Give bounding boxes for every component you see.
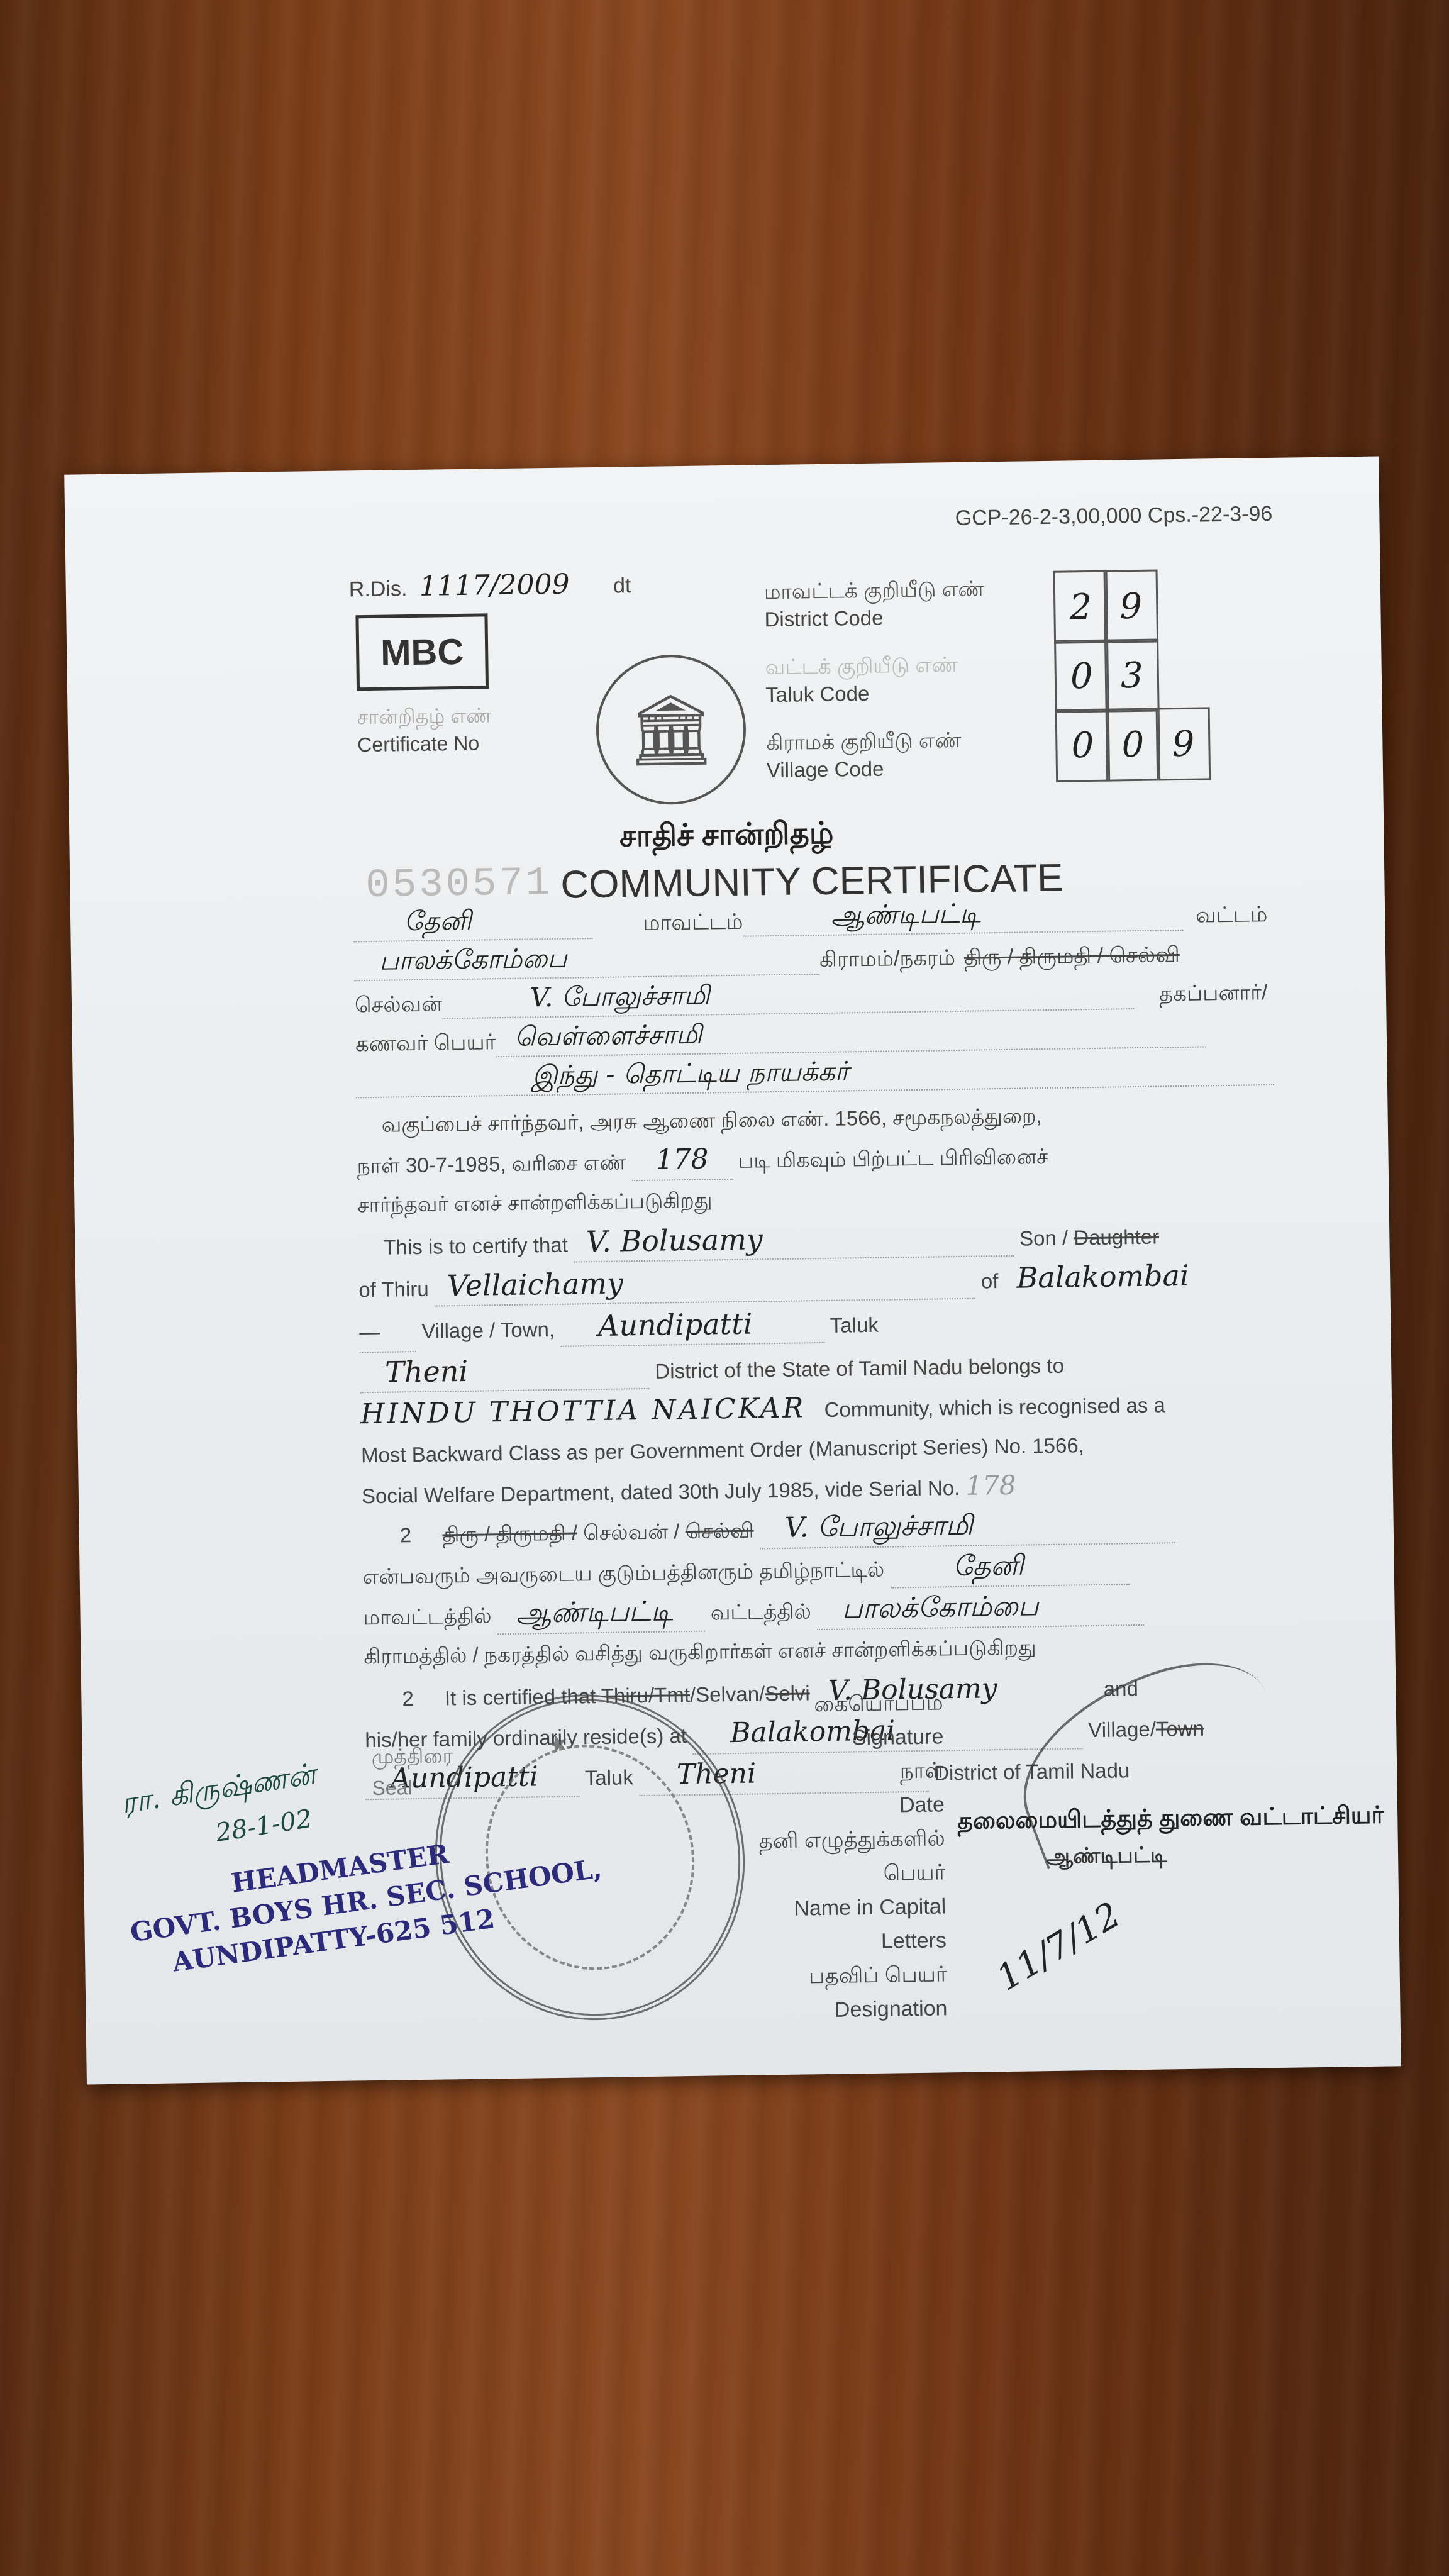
village-code-label-ta: கிராமக் குறியீடு எண் bbox=[766, 726, 987, 757]
code-labels: மாவட்டக் குறியீடு எண் District Code வட்ட… bbox=[764, 575, 987, 804]
officer-stamp-place: ஆண்டிபட்டி bbox=[1046, 1843, 1167, 1872]
officer-stamp-name: தலைமையிடத்துத் துணை வட்டாட்சியர் bbox=[957, 1802, 1384, 1838]
date-label-ta: நாள் bbox=[743, 1753, 945, 1790]
ta2-village-value: பாலக்கோம்பை bbox=[817, 1585, 1145, 1630]
district-code-digit: 2 bbox=[1053, 570, 1109, 644]
district-code-label-ta: மாவட்டக் குறியீடு எண் bbox=[764, 575, 985, 606]
ta-village-label: கிராமம்/நகரம் bbox=[819, 946, 955, 975]
ta2-taluk-value: ஆண்டிபட்டி bbox=[497, 1592, 705, 1635]
en-dept-prefix: Social Welfare Department, dated 30th Ju… bbox=[362, 1476, 960, 1507]
form-code: GCP-26-2-3,00,000 Cps.-22-3-96 bbox=[955, 502, 1272, 531]
name-label: Name in Capital Letters bbox=[745, 1889, 947, 1960]
en-of-thiru-label: of Thiru bbox=[358, 1277, 429, 1302]
tamil-nadu-emblem-icon: 🏛 bbox=[595, 654, 747, 806]
certificate-no: சான்றிதழ் எண் Certificate No bbox=[357, 701, 492, 758]
district-code-label: District Code bbox=[764, 602, 985, 633]
certificate-no-label-ta: சான்றிதழ் எண் bbox=[357, 701, 492, 731]
village-code-label: Village Code bbox=[767, 753, 987, 784]
ta2-district-label: மாவட்டத்தில் bbox=[363, 1604, 491, 1629]
designation-label-ta: பதவிப் பெயர் bbox=[745, 1957, 947, 1994]
ta2-number: 2 bbox=[400, 1523, 412, 1546]
designation-label: Designation bbox=[746, 1991, 948, 2028]
ta2-selvan: செல்வன் / bbox=[583, 1519, 680, 1544]
ta-paragraph-2: 2 திரு / திருமதி / செல்வன் / செல்வி V. ப… bbox=[362, 1502, 1294, 1677]
en-taluk-label: Taluk bbox=[830, 1313, 879, 1337]
r-dis-reference: R.Dis. 1117/2009 dt bbox=[348, 567, 631, 603]
ta-district-value: தேனி bbox=[353, 903, 593, 942]
en-village-value: Balakombai bbox=[1016, 1258, 1189, 1295]
district-code-digit: 9 bbox=[1104, 569, 1159, 643]
headmaster-date: 28-1-02 bbox=[214, 1804, 314, 1848]
en-village-town-label: Village / Town, bbox=[421, 1318, 555, 1343]
community-certificate-paper: GCP-26-2-3,00,000 Cps.-22-3-96 R.Dis. 11… bbox=[64, 457, 1401, 2085]
en-daughter-struck: Daughter bbox=[1074, 1225, 1159, 1250]
village-code-digit: 9 bbox=[1156, 707, 1211, 780]
taluk-code-digit: 0 bbox=[1054, 640, 1109, 713]
taluk-code-digit: 3 bbox=[1104, 638, 1160, 712]
en-serial-value: 178 bbox=[965, 1470, 1016, 1501]
date-label: Date bbox=[743, 1787, 945, 1824]
ta2-name-value: V. போலுச்சாமி bbox=[759, 1503, 1175, 1549]
ta-paragraph-1: வகுப்பைச் சார்ந்தவர், அரசு ஆணை நிலை எண்.… bbox=[356, 1093, 1288, 1225]
en-father-value: Vellaichamy bbox=[434, 1259, 975, 1307]
en-name-value: V. Bolusamy bbox=[574, 1216, 1014, 1263]
en2-number: 2 bbox=[402, 1687, 414, 1710]
ta-taluk-label: வட்டம் bbox=[1196, 902, 1268, 931]
ta-guardian-label: கணவர் பெயர் bbox=[355, 1030, 496, 1059]
en-taluk-value: Aundipatti bbox=[560, 1303, 825, 1347]
en-district-value: Theni bbox=[360, 1349, 650, 1393]
ta-selvan-label: செல்வன் bbox=[355, 992, 443, 1020]
name-label-ta: தனி எழுத்துக்களில் பெயர் bbox=[743, 1821, 945, 1892]
ta2-line2-text: என்பவரும் அவருடைய குடும்பத்தினரும் தமிழ்… bbox=[362, 1558, 884, 1589]
countersign-date: 11/7/12 bbox=[990, 1894, 1128, 1999]
r-dis-value: 1117/2009 bbox=[419, 569, 569, 602]
taluk-code-label-ta: வட்டக் குறியீடு எண் bbox=[765, 650, 985, 681]
ta-para1-line2-suffix: படி மிகவும் பிற்பட்ட பிரிவினைச் bbox=[738, 1145, 1048, 1172]
en-community-value: HINDU THOTTIA NAICKAR bbox=[360, 1392, 806, 1430]
en-of-label: of bbox=[981, 1269, 999, 1292]
en-district-text: District of the State of Tamil Nadu belo… bbox=[655, 1354, 1064, 1383]
ta-village-value: பாலக்கோம்பை bbox=[354, 939, 820, 981]
ta-district-label: மாவட்டம் bbox=[643, 910, 743, 938]
ta-taluk-value: ஆண்டிபட்டி bbox=[743, 895, 1184, 937]
ta2-selvi-struck: செல்வி bbox=[685, 1519, 753, 1543]
ta-para1-line2-prefix: நாள் 30-7-1985, வரிசை எண் bbox=[357, 1150, 626, 1177]
category-box: MBC bbox=[355, 613, 489, 691]
certificate-no-label: Certificate No bbox=[357, 729, 492, 758]
en-certify-prefix: This is to certify that bbox=[383, 1233, 568, 1259]
r-dis-label: R.Dis. bbox=[349, 577, 408, 601]
signature-label: Signature bbox=[742, 1719, 944, 1756]
ta-serial-value: 178 bbox=[631, 1140, 733, 1181]
signature-labels: கையொப்பம் Signature நாள் Date தனி எழுத்த… bbox=[741, 1685, 948, 2028]
signature-label-ta: கையொப்பம் bbox=[741, 1685, 943, 1722]
ta2-honorific-struck: திரு / திருமதி / bbox=[442, 1521, 577, 1546]
en-community-text: Community, which is recognised as a bbox=[824, 1393, 1165, 1421]
ta-father-label: தகப்பனார்/ bbox=[1159, 980, 1268, 1009]
en-son-label: Son / bbox=[1019, 1226, 1069, 1250]
village-code-digit: 0 bbox=[1055, 709, 1111, 782]
ta2-district-value: தேனி bbox=[890, 1545, 1130, 1588]
village-code-digit: 0 bbox=[1106, 708, 1161, 781]
title-tamil: சாதிச் சான்றிதழ் bbox=[69, 808, 1384, 865]
ta-honorific-struck: திரு / திருமதி / செல்வி bbox=[964, 943, 1180, 973]
taluk-code-label: Taluk Code bbox=[765, 678, 986, 709]
en-paragraph-1: This is to certify that V. Bolusamy Son … bbox=[358, 1213, 1292, 1516]
ta2-taluk-label: வட்டத்தில் bbox=[711, 1599, 812, 1624]
dt-label: dt bbox=[613, 574, 631, 597]
